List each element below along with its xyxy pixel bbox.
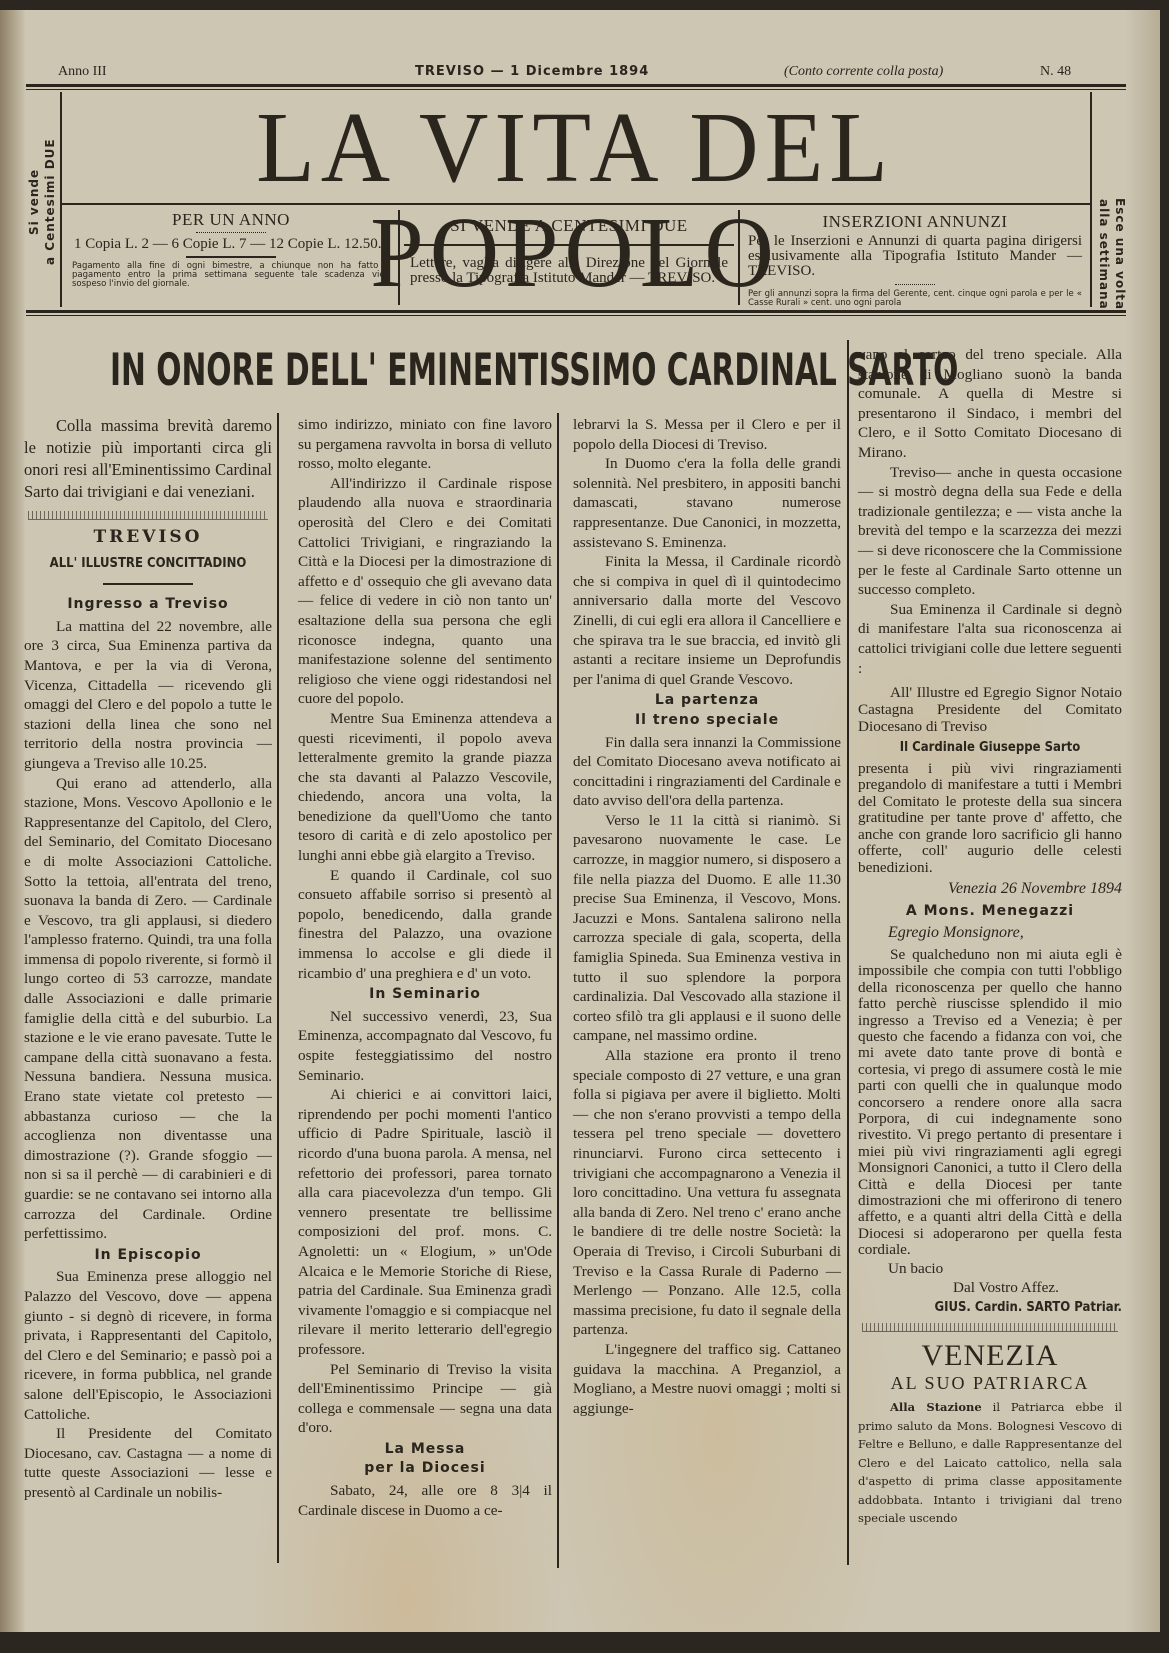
- side-left-line2: a Centesimi DUE: [43, 139, 57, 266]
- subhead-messa: La Messa: [298, 1440, 552, 1460]
- column-4: vano al corteo del treno speciale. Alla …: [858, 345, 1122, 1528]
- column-rule-3: [847, 340, 849, 1565]
- sale-text: Lettere, vaglia dirigere alla Direzione …: [404, 256, 734, 286]
- paragraph: E quando il Cardinale, col suo consueto …: [298, 866, 552, 984]
- paragraph: All'indirizzo il Cardinale rispose plaud…: [298, 474, 552, 709]
- side-note-right: Esce una volta alla settimana: [1094, 120, 1128, 310]
- box-divider-2: [738, 210, 740, 305]
- side-right-line1: Esce una volta: [1113, 198, 1127, 310]
- ads-box: INSERZIONI ANNUNZI Per le Inserzioni e A…: [744, 212, 1086, 308]
- section-treviso: TREVISO: [24, 528, 272, 548]
- place-date: TREVISO — 1 Dicembre 1894: [415, 64, 649, 79]
- ads-title: INSERZIONI ANNUNZI: [744, 212, 1086, 232]
- right-border: [1090, 92, 1092, 307]
- paragraph: Sua Eminenza il Cardinale si degnò di ma…: [858, 600, 1122, 678]
- paragraph: Fin dalla sera innanzi la Commissione de…: [573, 733, 841, 811]
- paragraph: L'ingegnere del traffico sig. Cattaneo g…: [573, 1340, 841, 1418]
- sale-title: SI VENDE A CENTESIMI DUE: [404, 216, 734, 236]
- column-rule-2: [557, 413, 559, 1568]
- side-right-line2: alla settimana: [1097, 199, 1111, 310]
- letter-date: Venezia 26 Novembre 1894: [858, 879, 1122, 899]
- subscription-box: PER UN ANNO 1 Copia L. 2 — 6 Copie L. 7 …: [66, 210, 396, 289]
- paragraph: vano al corteo del treno speciale. Alla …: [858, 345, 1122, 463]
- paragraph: Verso le 11 la città si rianimò. Si pave…: [573, 811, 841, 1046]
- stazione-text: il Patriarca ebbe il primo saluto da Mon…: [858, 1400, 1122, 1525]
- article-headline: IN ONORE DELL' EMINENTISSIMO CARDINAL SA…: [110, 343, 760, 396]
- issue-year: Anno III: [58, 64, 107, 80]
- subhead-episcopio: In Episcopio: [24, 1246, 272, 1266]
- paragraph: Sabato, 24, alle ore 8 3|4 il Cardinale …: [298, 1481, 552, 1520]
- letter-body: presenta i più vivi ringraziamenti prega…: [858, 761, 1122, 877]
- sale-box: SI VENDE A CENTESIMI DUE Lettere, vaglia…: [404, 216, 734, 286]
- paragraph: Sua Eminenza prese alloggio nel Palazzo …: [24, 1267, 272, 1424]
- issue-number: N. 48: [1040, 64, 1071, 80]
- stazione-lead: Alla Stazione: [890, 1400, 982, 1414]
- subhead-diocesi: per la Diocesi: [298, 1459, 552, 1479]
- ads-note: Per gli annunzi sopra la firma del Geren…: [744, 290, 1086, 308]
- paragraph: Qui erano ad attenderlo, alla stazione, …: [24, 774, 272, 1244]
- paragraph: Mentre Sua Eminenza attendeva a questi r…: [298, 709, 552, 866]
- letter-2-salutation: Egregio Monsignore,: [858, 923, 1122, 943]
- postal-note: (Conto corrente colla posta): [784, 64, 943, 80]
- short-divider: [103, 583, 193, 585]
- letter-sender: Il Cardinale Giuseppe Sarto: [858, 738, 1122, 758]
- top-rule: [26, 84, 1126, 87]
- box-divider-1: [398, 210, 400, 305]
- header-bottom-rule-thin: [26, 315, 1126, 316]
- section-venezia-subtitle: AL SUO PATRIARCA: [858, 1372, 1122, 1394]
- section-venezia: VENEZIA: [858, 1340, 1122, 1372]
- wavy-divider: [28, 511, 268, 520]
- paragraph: Ai chierici e ai convittori laici, ripre…: [298, 1085, 552, 1359]
- intro-paragraph: Colla massima brevità daremo le notizie …: [24, 415, 272, 503]
- subhead-seminario: In Seminario: [298, 985, 552, 1005]
- column-3: lebrarvi la S. Messa per il Clero e per …: [573, 415, 841, 1418]
- side-note-left: Si vende a Centesimi DUE: [26, 102, 60, 302]
- letter-address: All' Illustre ed Egregio Signor Notaio C…: [858, 684, 1122, 735]
- masthead-rule: [62, 203, 1090, 205]
- column-rule-1: [277, 413, 279, 1563]
- dedication: ALL' ILLUSTRE CONCITTADINO: [24, 554, 272, 574]
- paragraph: In Duomo c'era la folla delle grandi sol…: [573, 454, 841, 552]
- paragraph: Pel Seminario di Treviso la visita dell'…: [298, 1360, 552, 1438]
- subhead-treno: Il treno speciale: [573, 711, 841, 731]
- paragraph: Treviso— anche in questa occasione — si …: [858, 463, 1122, 600]
- header-bottom-rule: [26, 310, 1126, 313]
- wavy-divider: [862, 1323, 1118, 1332]
- letter-2-title: A Mons. Menegazzi: [858, 902, 1122, 922]
- paragraph: La mattina del 22 novembre, alle ore 3 c…: [24, 617, 272, 774]
- paragraph: simo indirizzo, miniato con fine lavoro …: [298, 415, 552, 474]
- newspaper-page: Anno III TREVISO — 1 Dicembre 1894 (Cont…: [0, 10, 1160, 1632]
- letter-2-close: Un bacio: [858, 1259, 1122, 1279]
- letter-2-signature: GIUS. Cardin. SARTO Patriar.: [858, 1298, 1122, 1318]
- column-1: Colla massima brevità daremo le notizie …: [24, 415, 272, 1503]
- side-left-line1: Si vende: [27, 169, 41, 235]
- subscription-note: Pagamento alla fine di ogni bimestre, a …: [66, 262, 396, 289]
- subhead-ingresso: Ingresso a Treviso: [24, 595, 272, 615]
- letter-2-body: Se qualcheduno non mi aiuta egli è impos…: [858, 947, 1122, 1259]
- subhead-partenza: La partenza: [573, 691, 841, 711]
- paragraph: Il Presidente del Comitato Diocesano, ca…: [24, 1424, 272, 1502]
- subscription-title: PER UN ANNO: [66, 210, 396, 230]
- paragraph: lebrarvi la S. Messa per il Clero e per …: [573, 415, 841, 454]
- paragraph: Alla stazione era pronto il treno specia…: [573, 1046, 841, 1340]
- subscription-prices: 1 Copia L. 2 — 6 Copie L. 7 — 12 Copie L…: [66, 237, 396, 252]
- ads-text: Per le Inserzioni e Annunzi di quarta pa…: [744, 234, 1086, 279]
- paragraph: Nel successivo venerdì, 23, Sua Eminenza…: [298, 1007, 552, 1085]
- letter-2-sign: Dal Vostro Affez.: [858, 1278, 1122, 1298]
- paragraph: Finita la Messa, il Cardinale ricordò ch…: [573, 552, 841, 689]
- column-2: simo indirizzo, miniato con fine lavoro …: [298, 415, 552, 1520]
